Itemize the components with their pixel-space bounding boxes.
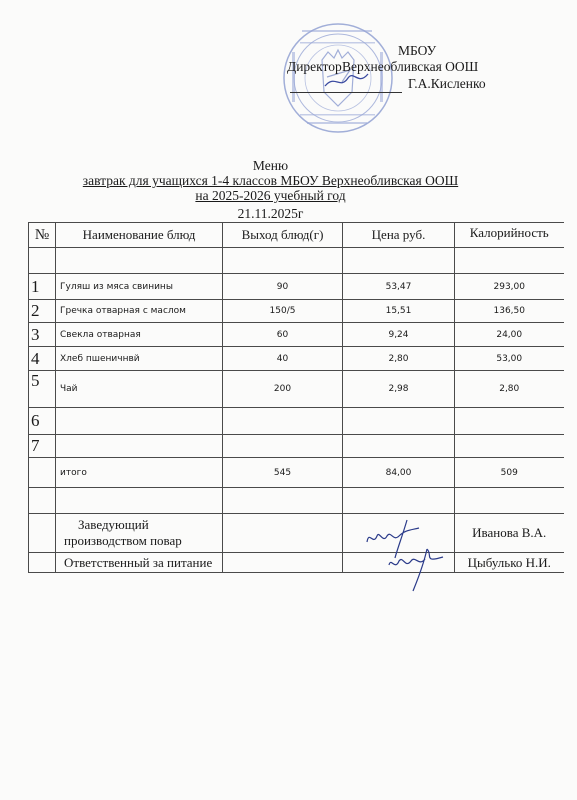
header-num: № [29, 223, 56, 248]
row-dish-name: Гуляш из мяса свинины [56, 274, 223, 300]
row-num: 1 [29, 274, 56, 300]
table-row-empty [29, 248, 564, 274]
approval-role: Директор [287, 59, 342, 75]
header-price: Цена руб. [343, 223, 455, 248]
table-row: 3 Свекла отварная 60 9,24 24,00 [29, 323, 564, 347]
handwritten-signature-tsybulko [383, 547, 453, 593]
menu-date: 21.11.2025г [0, 206, 559, 222]
approval-school: Верхнеобливская ООШ [342, 59, 478, 75]
signature-role-line1: Заведующий [64, 517, 218, 533]
table-row-blank [29, 488, 564, 514]
header-yield: Выход блюд(г) [223, 223, 343, 248]
row-price: 15,51 [343, 300, 455, 323]
table-row: 1 Гуляш из мяса свинины 90 53,47 293,00 [29, 274, 564, 300]
row-dish-name: Гречка отварная с маслом [56, 300, 223, 323]
row-calories: 293,00 [455, 274, 564, 300]
row-calories: 24,00 [455, 323, 564, 347]
row-num: 5 [29, 371, 56, 408]
header-name: Наименование блюд [56, 223, 223, 248]
row-price [343, 408, 455, 435]
row-price: 2,98 [343, 371, 455, 408]
table-row: 4 Хлеб пшеничнвй 40 2,80 53,00 [29, 347, 564, 371]
total-price: 84,00 [343, 458, 455, 488]
signature-line [290, 92, 402, 93]
row-num: 2 [29, 300, 56, 323]
menu-school-year: на 2025-2026 учебный год [0, 188, 559, 204]
row-dish-name: Хлеб пшеничнвй [56, 347, 223, 371]
signature-role-line2: производством повар [64, 533, 218, 549]
row-price [343, 435, 455, 458]
row-dish-name [56, 408, 223, 435]
signature-row: Заведующий производством повар Иванова В… [29, 514, 564, 553]
row-dish-name: Чай [56, 371, 223, 408]
row-num: 3 [29, 323, 56, 347]
row-yield: 60 [223, 323, 343, 347]
signature-role: Ответственный за питание [56, 553, 223, 573]
row-yield: 40 [223, 347, 343, 371]
table-row: 7 [29, 435, 564, 458]
row-calories: 2,80 [455, 371, 564, 408]
table-row: 5 Чай 200 2,98 2,80 [29, 371, 564, 408]
row-dish-name [56, 435, 223, 458]
row-price: 9,24 [343, 323, 455, 347]
total-yield: 545 [223, 458, 343, 488]
row-num: 4 [29, 347, 56, 371]
row-calories: 53,00 [455, 347, 564, 371]
menu-heading: Меню [0, 158, 559, 174]
row-calories [455, 435, 564, 458]
table-row-total: итого 545 84,00 509 [29, 458, 564, 488]
row-yield [223, 435, 343, 458]
total-label: итого [56, 458, 223, 488]
row-yield: 150/5 [223, 300, 343, 323]
signature-name: Цыбулько Н.И. [455, 553, 564, 573]
approval-director-name: Г.А.Кисленко [408, 76, 486, 92]
row-yield: 90 [223, 274, 343, 300]
row-price: 53,47 [343, 274, 455, 300]
row-yield [223, 408, 343, 435]
table-header-row: № Наименование блюд Выход блюд(г) Цена р… [29, 223, 564, 248]
row-num: 7 [29, 435, 56, 458]
row-price: 2,80 [343, 347, 455, 371]
header-calories: Калорийность [455, 223, 564, 248]
menu-table: № Наименование блюд Выход блюд(г) Цена р… [28, 222, 564, 573]
row-dish-name: Свекла отварная [56, 323, 223, 347]
signature-row: Ответственный за питание Цыбулько Н.И. [29, 553, 564, 573]
row-calories [455, 408, 564, 435]
signature-cell [343, 553, 455, 573]
menu-subtitle: завтрак для учащихся 1-4 классов МБОУ Ве… [0, 173, 559, 189]
signature-role: Заведующий производством повар [56, 514, 223, 553]
row-calories: 136,50 [455, 300, 564, 323]
table-row: 2 Гречка отварная с маслом 150/5 15,51 1… [29, 300, 564, 323]
approval-organization: МБОУ [398, 43, 436, 59]
row-yield: 200 [223, 371, 343, 408]
total-calories: 509 [455, 458, 564, 488]
table-row: 6 [29, 408, 564, 435]
signature-name: Иванова В.А. [455, 514, 564, 553]
row-num: 6 [29, 408, 56, 435]
